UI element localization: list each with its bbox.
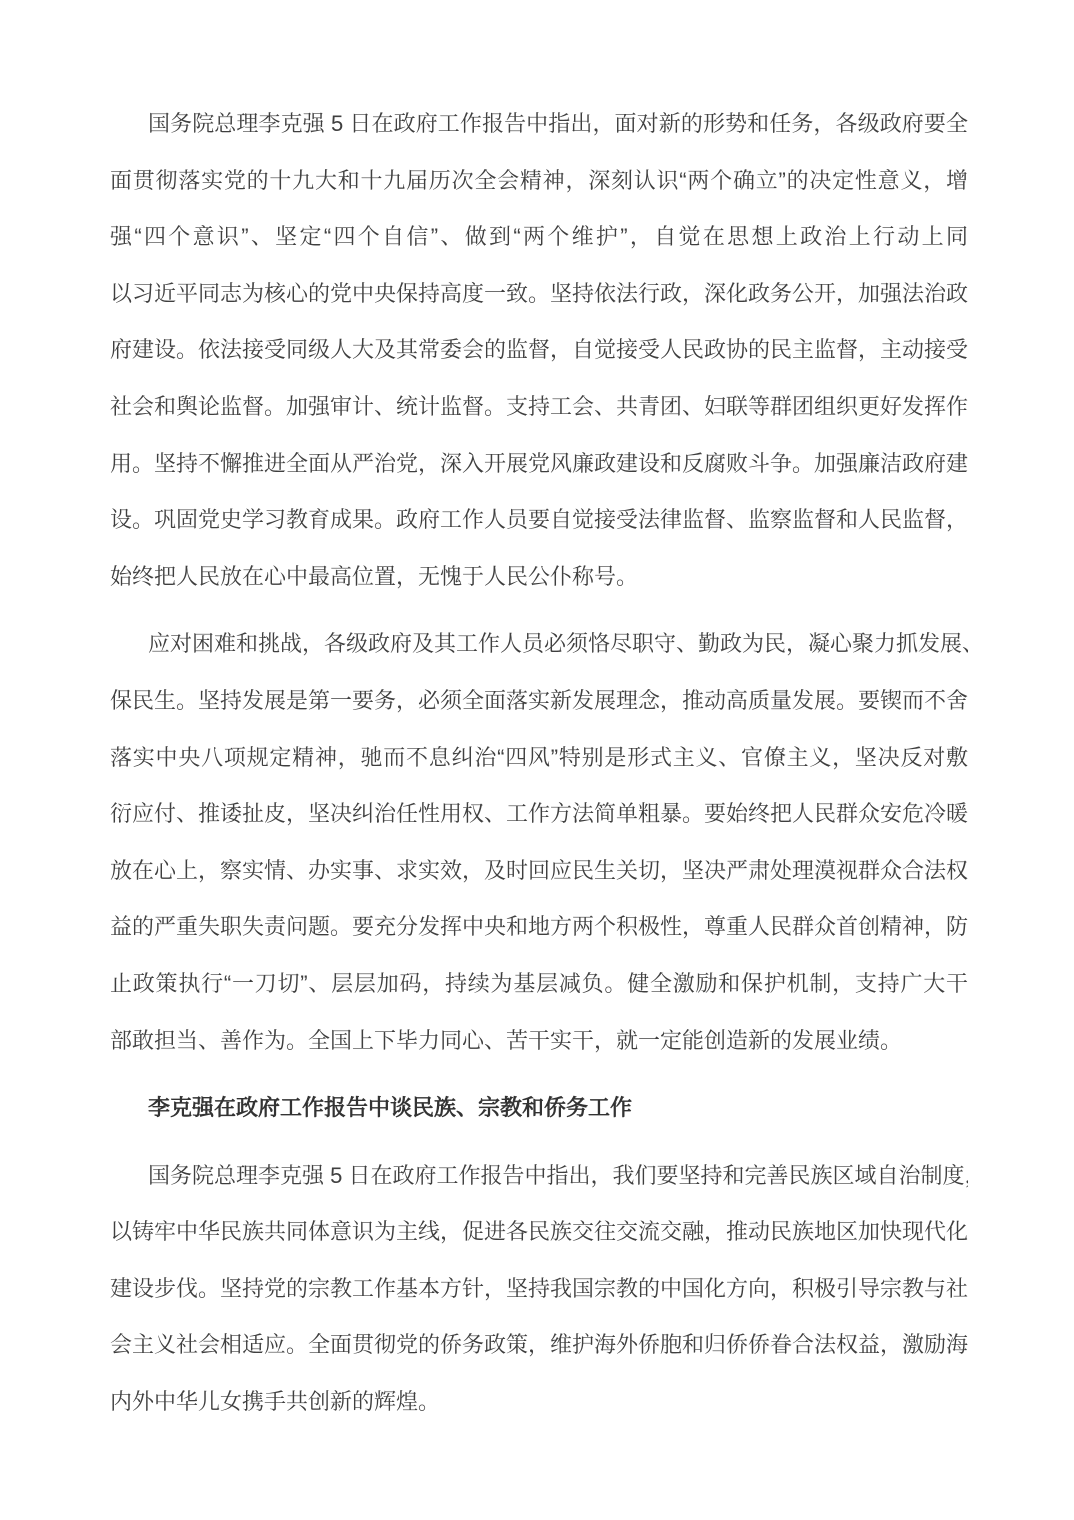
paragraph: 国务院总理李克强 5 日在政府工作报告中指出，我们要坚持和完善民族区域自治制度，… [110,1148,968,1431]
text-line: 用。坚持不懈推进全面从严治党，深入开展党风廉政建设和反腐败斗争。加强廉洁政府建 [110,436,968,493]
text-line: 内外中华儿女携手共创新的辉煌。 [110,1374,968,1431]
text-line: 府建设。依法接受同级人大及其常委会的监督，自觉接受人民政协的民主监督，主动接受 [110,322,968,379]
text-line: 放在心上，察实情、办实事、求实效，及时回应民生关切，坚决严肃处理漠视群众合法权 [110,843,968,900]
document-page: 国务院总理李克强 5 日在政府工作报告中指出，面对新的形势和任务，各级政府要全面… [0,0,1074,1520]
text-line: 部敢担当、善作为。全国上下毕力同心、苦干实干，就一定能创造新的发展业绩。 [110,1013,968,1070]
text-line: 保民生。坚持发展是第一要务，必须全面落实新发展理念，推动高质量发展。要锲而不舍 [110,673,968,730]
heading-text-line: 李克强在政府工作报告中谈民族、宗教和侨务工作 [110,1080,968,1137]
text-line: 设。巩固党史学习教育成果。政府工作人员要自觉接受法律监督、监察监督和人民监督， [110,492,968,549]
text-line: 国务院总理李克强 5 日在政府工作报告中指出，面对新的形势和任务，各级政府要全 [110,96,968,153]
text-line: 国务院总理李克强 5 日在政府工作报告中指出，我们要坚持和完善民族区域自治制度， [110,1148,968,1205]
paragraph: 应对困难和挑战，各级政府及其工作人员必须恪尽职守、勤政为民，凝心聚力抓发展、保民… [110,616,968,1069]
text-line: 以铸牢中华民族共同体意识为主线，促进各民族交往交流交融，推动民族地区加快现代化 [110,1204,968,1261]
text-line: 会主义社会相适应。全面贯彻党的侨务政策，维护海外侨胞和归侨侨眷合法权益，激励海 [110,1317,968,1374]
text-line: 落实中央八项规定精神，驰而不息纠治“四风”特别是形式主义、官僚主义，坚决反对敷 [110,730,968,787]
text-line: 益的严重失职失责问题。要充分发挥中央和地方两个积极性，尊重人民群众首创精神，防 [110,899,968,956]
text-line: 止政策执行“一刀切”、层层加码，持续为基层减负。健全激励和保护机制，支持广大干 [110,956,968,1013]
text-line: 以习近平同志为核心的党中央保持高度一致。坚持依法行政，深化政务公开，加强法治政 [110,266,968,323]
text-line: 面贯彻落实党的十九大和十九届历次全会精神，深刻认识“两个确立”的决定性意义，增 [110,153,968,210]
text-line: 始终把人民放在心中最高位置，无愧于人民公仆称号。 [110,549,968,606]
text-line: 衍应付、推诿扯皮，坚决纠治任性用权、工作方法简单粗暴。要始终把人民群众安危冷暖 [110,786,968,843]
paragraph: 国务院总理李克强 5 日在政府工作报告中指出，面对新的形势和任务，各级政府要全面… [110,96,968,605]
text-line: 建设步伐。坚持党的宗教工作基本方针，坚持我国宗教的中国化方向，积极引导宗教与社 [110,1261,968,1318]
text-line: 社会和舆论监督。加强审计、统计监督。支持工会、共青团、妇联等群团组织更好发挥作 [110,379,968,436]
section-heading: 李克强在政府工作报告中谈民族、宗教和侨务工作 [110,1080,968,1137]
text-line: 强“四个意识”、坚定“四个自信”、做到“两个维护”，自觉在思想上政治上行动上同 [110,209,968,266]
text-line: 应对困难和挑战，各级政府及其工作人员必须恪尽职守、勤政为民，凝心聚力抓发展、 [110,616,968,673]
